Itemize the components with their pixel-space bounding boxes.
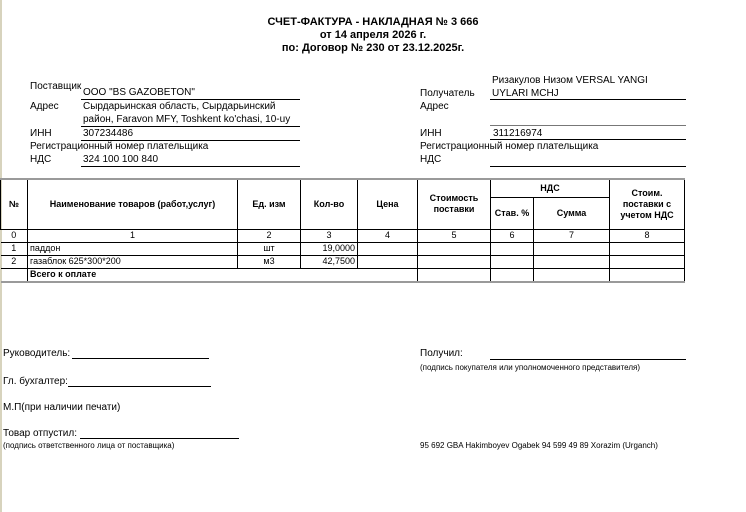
total-vat-sum	[534, 268, 610, 282]
row-vat-sum	[534, 255, 610, 268]
total-cost	[418, 268, 491, 282]
buyer-inn-label: ИНН	[420, 128, 442, 140]
supplier-address-line1: Сырдарьинская область, Сырдарьинский	[83, 101, 276, 113]
received-signature-line	[490, 359, 686, 360]
received-label: Получил:	[420, 348, 463, 360]
supplier-inn-label: ИНН	[30, 128, 52, 140]
index-cell: 1	[28, 229, 238, 242]
supplier-address-line	[81, 126, 300, 127]
col-header-cost: Стоимость поставки	[418, 179, 491, 229]
director-label: Руководитель:	[3, 348, 70, 360]
row-price	[358, 255, 418, 268]
buyer-name-line	[490, 99, 686, 100]
accountant-label: Гл. бухгалтер:	[3, 376, 68, 388]
col-header-name: Наименование товаров (работ,услуг)	[28, 179, 238, 229]
buyer-address-line	[490, 125, 686, 126]
index-cell: 8	[610, 229, 685, 242]
index-cell: 5	[418, 229, 491, 242]
row-num: 1	[1, 242, 28, 255]
table-row: 2 газаблок 625*300*200 м3 42,7500	[1, 255, 685, 268]
stamp-label: М.П(при наличии печати)	[3, 402, 120, 414]
supplier-name-line	[81, 99, 300, 100]
col-header-price: Цена	[358, 179, 418, 229]
buyer-reg-label: Регистрационный номер плательщика	[420, 141, 598, 153]
buyer-address-label: Адрес	[420, 101, 449, 113]
supplier-vat-label: НДС	[30, 154, 51, 166]
row-vat-sum	[534, 242, 610, 255]
released-label: Товар отпустил:	[3, 428, 77, 440]
row-total	[610, 255, 685, 268]
total-label: Всего к оплате	[28, 268, 418, 282]
col-header-vat-sum: Сумма	[534, 197, 610, 229]
received-note: (подпись покупателя или уполномоченного …	[420, 363, 640, 373]
row-unit: м3	[238, 255, 301, 268]
released-signature-line	[80, 438, 239, 439]
row-cost	[418, 242, 491, 255]
document-title: СЧЕТ-ФАКТУРА - НАКЛАДНАЯ № 3 666	[0, 16, 746, 29]
document-date: от 14 апреля 2026 г.	[0, 29, 746, 42]
row-qty: 42,7500	[301, 255, 358, 268]
buyer-vat-line	[490, 166, 686, 167]
row-name: газаблок 625*300*200	[28, 255, 238, 268]
row-name: паддон	[28, 242, 238, 255]
index-cell: 4	[358, 229, 418, 242]
col-header-qty: Кол-во	[301, 179, 358, 229]
supplier-vat-line	[81, 166, 300, 167]
index-row: 0 1 2 3 4 5 6 7 8	[1, 229, 685, 242]
invoice-table: № Наименование товаров (работ,услуг) Ед.…	[0, 178, 685, 283]
supplier-name: ООО "BS GAZOBETON"	[83, 87, 195, 99]
buyer-label: Получатель	[420, 88, 475, 100]
col-header-total: Стоим. поставки с учетом НДС	[610, 179, 685, 229]
col-header-num: №	[1, 179, 28, 229]
buyer-inn-line	[490, 139, 686, 140]
index-cell: 0	[1, 229, 28, 242]
buyer-vat-label: НДС	[420, 154, 441, 166]
col-header-vat-group: НДС	[491, 179, 610, 197]
buyer-name-line1: Ризакулов Низом VERSAL YANGI	[492, 75, 648, 87]
supplier-vat: 324 100 100 840	[83, 154, 158, 166]
index-cell: 7	[534, 229, 610, 242]
supplier-reg-label: Регистрационный номер плательщика	[30, 141, 208, 153]
row-qty: 19,0000	[301, 242, 358, 255]
accountant-signature-line	[68, 386, 211, 387]
supplier-inn: 307234486	[83, 128, 133, 140]
row-cost	[418, 255, 491, 268]
index-cell: 6	[491, 229, 534, 242]
row-unit: шт	[238, 242, 301, 255]
director-signature-line	[72, 358, 209, 359]
total-num	[1, 268, 28, 282]
row-vat-rate	[491, 255, 534, 268]
total-amount	[610, 268, 685, 282]
table-row: 1 паддон шт 19,0000	[1, 242, 685, 255]
row-vat-rate	[491, 242, 534, 255]
col-header-unit: Ед. изм	[238, 179, 301, 229]
row-price	[358, 242, 418, 255]
document-contract: по: Договор № 230 от 23.12.2025г.	[0, 42, 746, 55]
supplier-label: Поставщик	[30, 81, 81, 93]
index-cell: 2	[238, 229, 301, 242]
total-row: Всего к оплате	[1, 268, 685, 282]
total-vat-rate	[491, 268, 534, 282]
supplier-address-label: Адрес	[30, 101, 59, 113]
vehicle-info: 95 692 GBA Hakimboyev Ogabek 94 599 49 8…	[420, 441, 658, 451]
index-cell: 3	[301, 229, 358, 242]
row-num: 2	[1, 255, 28, 268]
row-total	[610, 242, 685, 255]
supplier-address-line2: район, Faravon MFY, Toshkent ko'chasi, 1…	[83, 114, 290, 126]
col-header-vat-rate: Став. %	[491, 197, 534, 229]
released-note: (подпись ответственного лица от поставщи…	[3, 441, 174, 451]
